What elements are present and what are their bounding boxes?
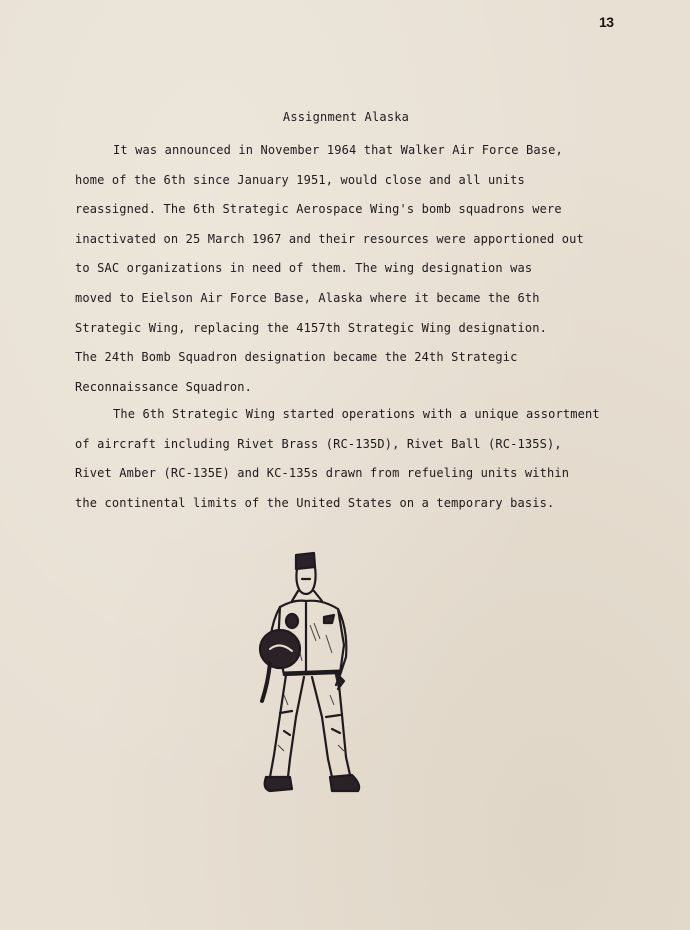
page-number: 13: [599, 14, 614, 30]
airman-sketch-illustration: [240, 545, 380, 805]
paragraph-line: to SAC organizations in need of them. Th…: [75, 254, 635, 284]
paragraph-line: The 24th Bomb Squadron designation becam…: [75, 343, 635, 373]
paragraph-line: Reconnaissance Squadron.: [75, 373, 635, 403]
page-title: Assignment Alaska: [0, 110, 690, 124]
paragraph-line: moved to Eielson Air Force Base, Alaska …: [75, 284, 635, 314]
paragraph-line: Strategic Wing, replacing the 4157th Str…: [75, 314, 635, 344]
paragraph-line: It was announced in November 1964 that W…: [75, 136, 635, 166]
paragraph-line: home of the 6th since January 1951, woul…: [75, 166, 635, 196]
paragraph-line: of aircraft including Rivet Brass (RC-13…: [75, 430, 635, 460]
paragraph-2: The 6th Strategic Wing started operation…: [75, 400, 635, 518]
paragraph-line: inactivated on 25 March 1967 and their r…: [75, 225, 635, 255]
paragraph-line: The 6th Strategic Wing started operation…: [75, 400, 635, 430]
paragraph-line: Rivet Amber (RC-135E) and KC-135s drawn …: [75, 459, 635, 489]
paragraph-line: the continental limits of the United Sta…: [75, 489, 635, 519]
paragraph-line: reassigned. The 6th Strategic Aerospace …: [75, 195, 635, 225]
paragraph-1: It was announced in November 1964 that W…: [75, 136, 635, 402]
